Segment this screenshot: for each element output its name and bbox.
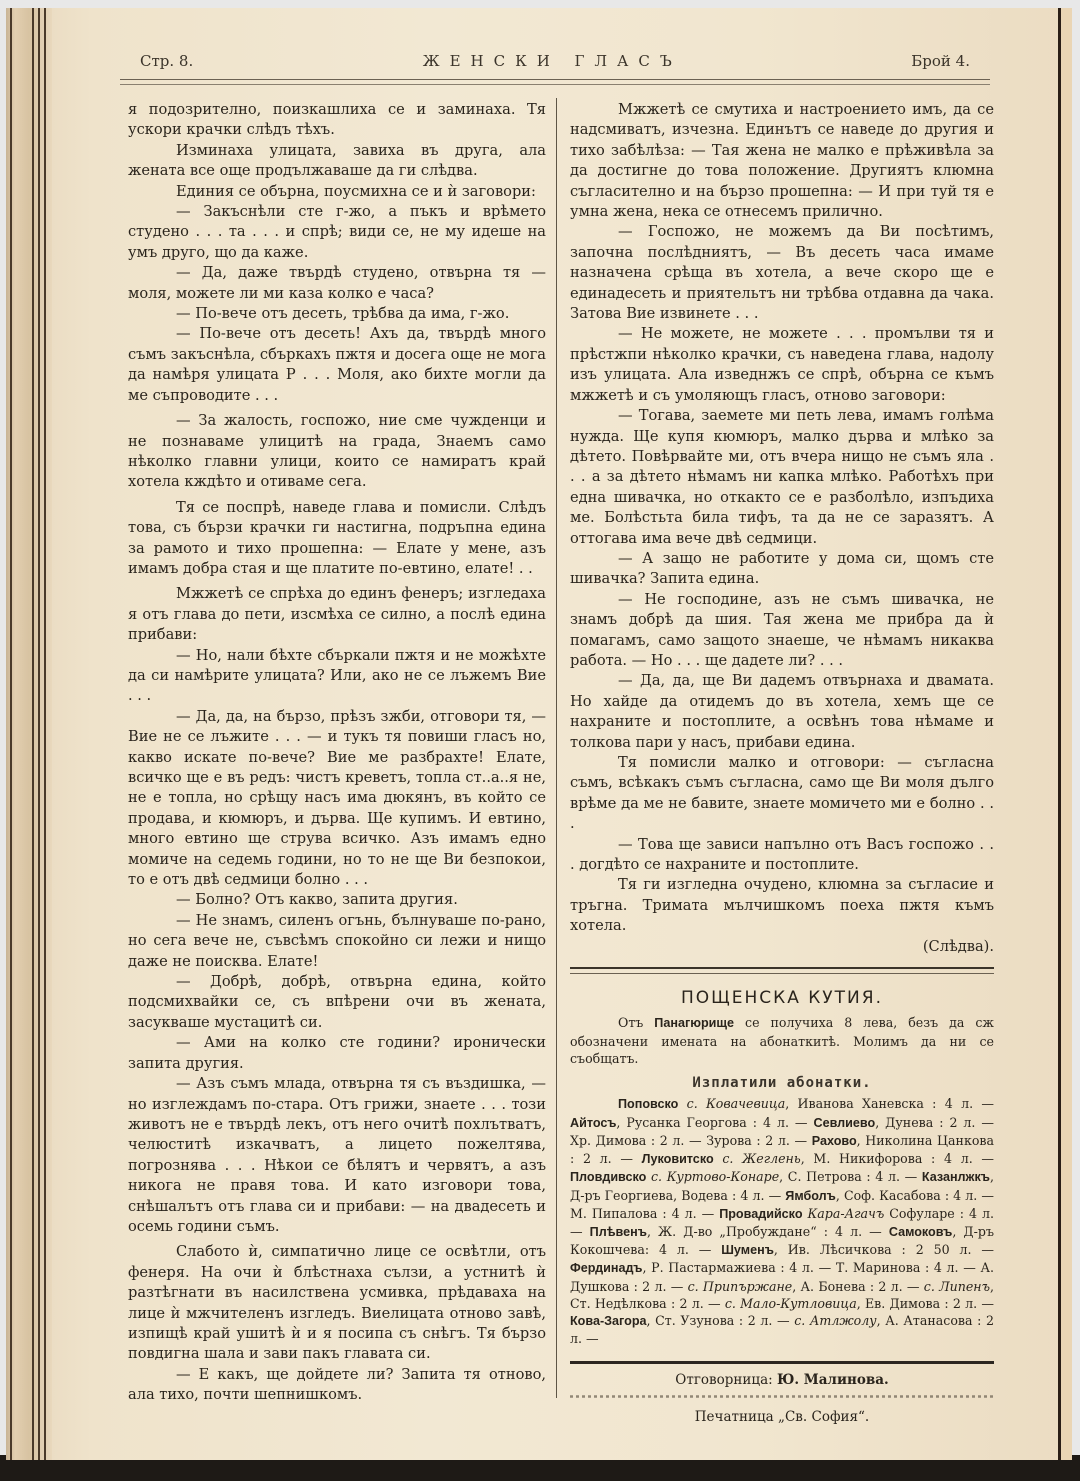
paragraph: Мжжетѣ се спрѣха до единъ фенеръ; изглед… (128, 584, 546, 645)
subscriber-village: с. Припържане (688, 1279, 793, 1294)
paragraph: — Не знамъ, силенъ огънь, бълнуваше по-р… (128, 911, 546, 972)
left-column: я подозрително, поизкашлиха се и заминах… (128, 100, 546, 1406)
subscriber-village: с. Ковачевица (687, 1096, 786, 1111)
paragraph: — Закъснѣли сте г-жо, а пъкъ и врѣмето с… (128, 202, 546, 263)
editor-label: Отговорница: (675, 1372, 777, 1388)
paragraph: — За жалость, госпожо, ние сме чужденци … (128, 411, 546, 493)
subscriber-town: Самоковъ (889, 1225, 953, 1239)
paid-subscribers-title: Изплатили абонатки. (570, 1073, 994, 1093)
subscriber-town: Шуменъ (721, 1243, 774, 1257)
notice-prefix: Отъ (618, 1015, 654, 1030)
printer-line: Печатница „Св. София“. (570, 1409, 994, 1426)
paragraph: — Да, да, на бързо, прѣзъ зжби, отговори… (128, 707, 546, 891)
subscriber-village: с. Мало-Кутловица (725, 1296, 857, 1311)
paragraph: — Но, нали бѣхте сбъркали пжтя и не можѣ… (128, 646, 546, 707)
subscriber-village: с. Атлжолу (794, 1313, 876, 1328)
paragraph: — Добрѣ, добрѣ, отвърна едина, който под… (128, 972, 546, 1033)
subscriber-town: Плѣвенъ (590, 1225, 647, 1239)
wavy-rule (570, 1395, 994, 1398)
paragraph: Изминаха улицата, завиха въ друга, ала ж… (128, 141, 546, 182)
page-header: Стр. 8. ЖЕНСКИ ГЛАСЪ Брой 4. (140, 52, 970, 78)
paragraph: — Да, даже твърдѣ студено, отвърна тя — … (128, 263, 546, 304)
subscriber-town: Севлиево (813, 1116, 875, 1130)
subscriber-entry: , Ив. Лѣсичкова : 2 50 л. — (774, 1242, 994, 1257)
subscriber-town: Фердинадъ (570, 1261, 643, 1275)
right-column: Мжжетѣ се смутиха и настроението имъ, да… (570, 100, 994, 1426)
binding-line (44, 8, 46, 1460)
subscriber-entry: , С. Петрова : 4 л. — (779, 1169, 922, 1184)
binding-line (32, 8, 34, 1460)
subscriber-town: Провадийско (719, 1207, 802, 1221)
post-box-notice: Отъ Панагюрище се получиха 8 лева, безъ … (570, 1014, 994, 1067)
subscriber-village: Кара-Агачъ (808, 1206, 885, 1221)
subscriber-village: с. Жеглень (722, 1151, 800, 1166)
notice-town: Панагюрище (654, 1016, 734, 1030)
paragraph: Тя се поспрѣ, наведе глава и помисли. Сл… (128, 498, 546, 580)
continued-label: (Слѣдва). (570, 937, 994, 957)
subscriber-village: с. Липенъ (924, 1279, 990, 1294)
paragraph: Мжжетѣ се смутиха и настроението имъ, да… (570, 100, 994, 222)
subscriber-town: Кова-Загора (570, 1314, 647, 1328)
subscriber-entry: , Ст. Узунова : 2 л. — (647, 1313, 795, 1328)
header-rule (120, 79, 990, 85)
paragraph: — Не господине, азъ не съмъ шивачка, не … (570, 590, 994, 672)
subscriber-town: Рахово (812, 1134, 857, 1148)
subscriber-entry: , Русанка Георгова : 4 л. — (616, 1115, 813, 1130)
paragraph: — Тогава, заемете ми петь лева, имамъ го… (570, 406, 994, 549)
subscriber-town: Луковитско (642, 1152, 714, 1166)
paragraph: — Е какъ, ще дойдете ли? Запита тя отнов… (128, 1365, 546, 1406)
column-divider (556, 98, 557, 1398)
subscriber-entry: , М. Никифорова : 4 л. — (801, 1151, 994, 1166)
paragraph: Тя помисли малко и отговори: — съгласна … (570, 753, 994, 835)
paragraph: Единия се обърна, поусмихна се и ѝ загов… (128, 182, 546, 202)
page-edge (1058, 8, 1072, 1460)
edge-line (1058, 8, 1061, 1460)
paragraph: — Госпожо, не можемъ да Ви посѣтимъ, зап… (570, 222, 994, 324)
paragraph: — А защо не работите у дома си, щомъ сте… (570, 549, 994, 590)
paragraph: Тя ги изгледна очудено, клюмна за съглас… (570, 875, 994, 936)
paragraph: — Болно? Отъ какво, запита другия. (128, 890, 546, 910)
subscriber-entry: , Ж. Д-во „Пробуждане“ : 4 л. — (647, 1224, 889, 1239)
issue-number: Брой 4. (911, 52, 970, 70)
paragraph: — По-вече отъ десеть, трѣбва да има, г-ж… (128, 304, 546, 324)
paragraph: — Ами на колко сте години? иронически за… (128, 1033, 546, 1074)
editor-name: Ю. Малинова. (777, 1372, 889, 1388)
subscriber-entry: , Ев. Димова : 2 л. — (857, 1296, 994, 1311)
paragraph: — Азъ съмъ млада, отвърна тя съ въздишка… (128, 1074, 546, 1237)
subscriber-entry: , А. Бонева : 2 л. — (792, 1279, 924, 1294)
page-number: Стр. 8. (140, 52, 193, 70)
post-box-title: ПОЩЕНСКА КУТИЯ. (570, 988, 994, 1008)
paragraph: — Не можете, не можете . . . промълви тя… (570, 324, 994, 406)
section-rule (570, 967, 994, 974)
subscriber-village: с. Куртово-Конаре (651, 1169, 779, 1184)
subscriber-town: Казанлжкъ (922, 1170, 990, 1184)
book-binding (6, 8, 52, 1460)
paragraph: — Това ще зависи напълно отъ Васъ госпож… (570, 835, 994, 876)
subscriber-town: Айтосъ (570, 1116, 616, 1130)
binding-line (10, 8, 12, 1460)
paid-subscribers-list: Поповско с. Ковачевица, Иванова Ханевска… (570, 1095, 994, 1347)
subscriber-town: Пловдивско (570, 1170, 646, 1184)
paragraph: — По-вече отъ десеть! Ахъ да, твърдѣ мно… (128, 324, 546, 406)
subscriber-town: Ямболъ (785, 1189, 836, 1203)
subscriber-entry: , Иванова Ханевска : 4 л. — (785, 1096, 994, 1111)
binding-line (38, 8, 40, 1460)
paragraph: — Да, да, ще Ви дадемъ отвърнаха и двама… (570, 671, 994, 753)
paragraph: Слабото ѝ, симпатично лице се освѣтли, о… (128, 1242, 546, 1364)
footer-rule (570, 1361, 994, 1364)
subscriber-town: Поповско (618, 1097, 678, 1111)
paragraph: я подозрително, поизкашлиха се и заминах… (128, 100, 546, 141)
editor-line: Отговорница: Ю. Малинова. (570, 1372, 994, 1389)
newspaper-title: ЖЕНСКИ ГЛАСЪ (423, 52, 682, 70)
